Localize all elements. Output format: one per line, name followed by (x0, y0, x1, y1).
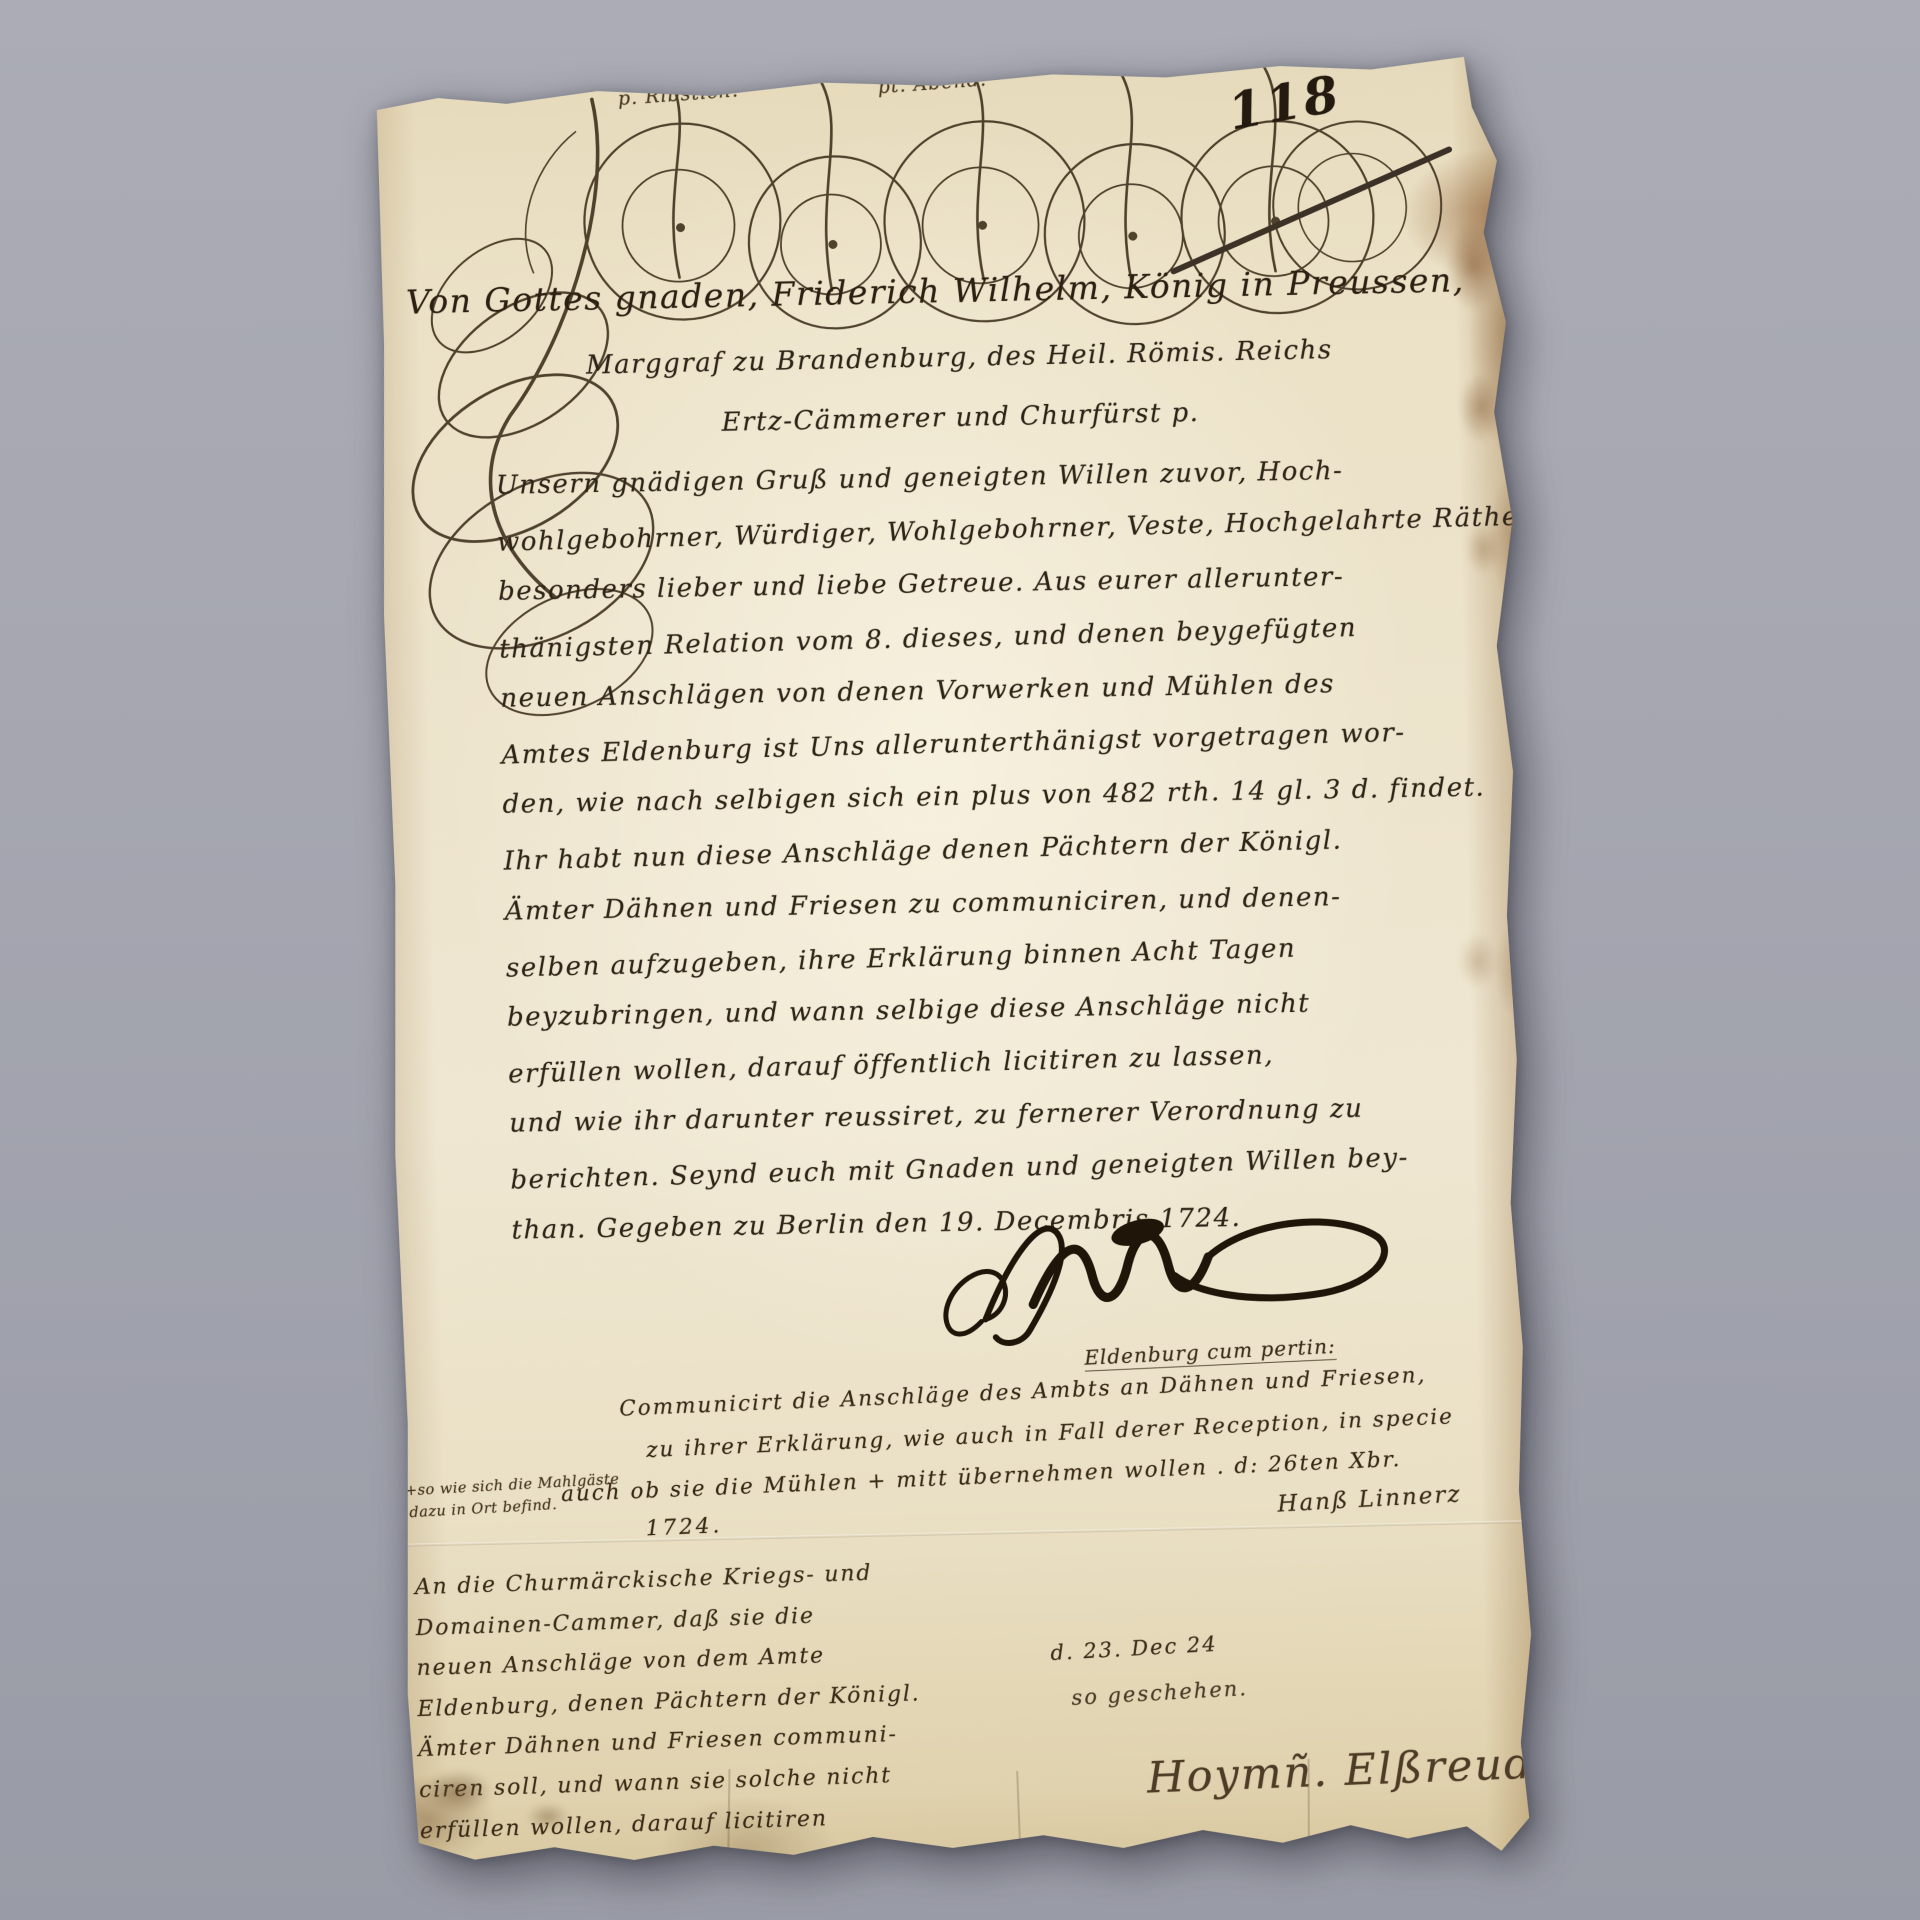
letter-body: Unsern gnädigen Gruß und geneigten Wille… (496, 452, 1512, 1271)
registry-action-note: so geschehen. (1071, 1676, 1249, 1710)
manuscript-paper-wrap: p. Ribstich. pt. Abend. 118 Von Gottes g… (369, 52, 1544, 1873)
clerk-signature: Hanß Linnerz (1277, 1481, 1462, 1517)
photograph-stage: p. Ribstich. pt. Abend. 118 Von Gottes g… (0, 0, 1920, 1920)
margin-note-line-2: dazu in Ort befind. (409, 1497, 558, 1521)
fold-crease (1593, 1763, 1597, 1847)
registry-date-note: d. 23. Dec 24 (1050, 1632, 1218, 1665)
fold-crease (1308, 1759, 1310, 1853)
manuscript-paper: p. Ribstich. pt. Abend. 118 Von Gottes g… (369, 52, 1544, 1873)
address-block: An die Churmärckische Kriegs- undDomaine… (415, 1562, 924, 1857)
fold-crease (1016, 1771, 1021, 1859)
official-signatures: Hoymñ. Elßreud (1146, 1739, 1534, 1804)
fold-crease (400, 1520, 1538, 1547)
